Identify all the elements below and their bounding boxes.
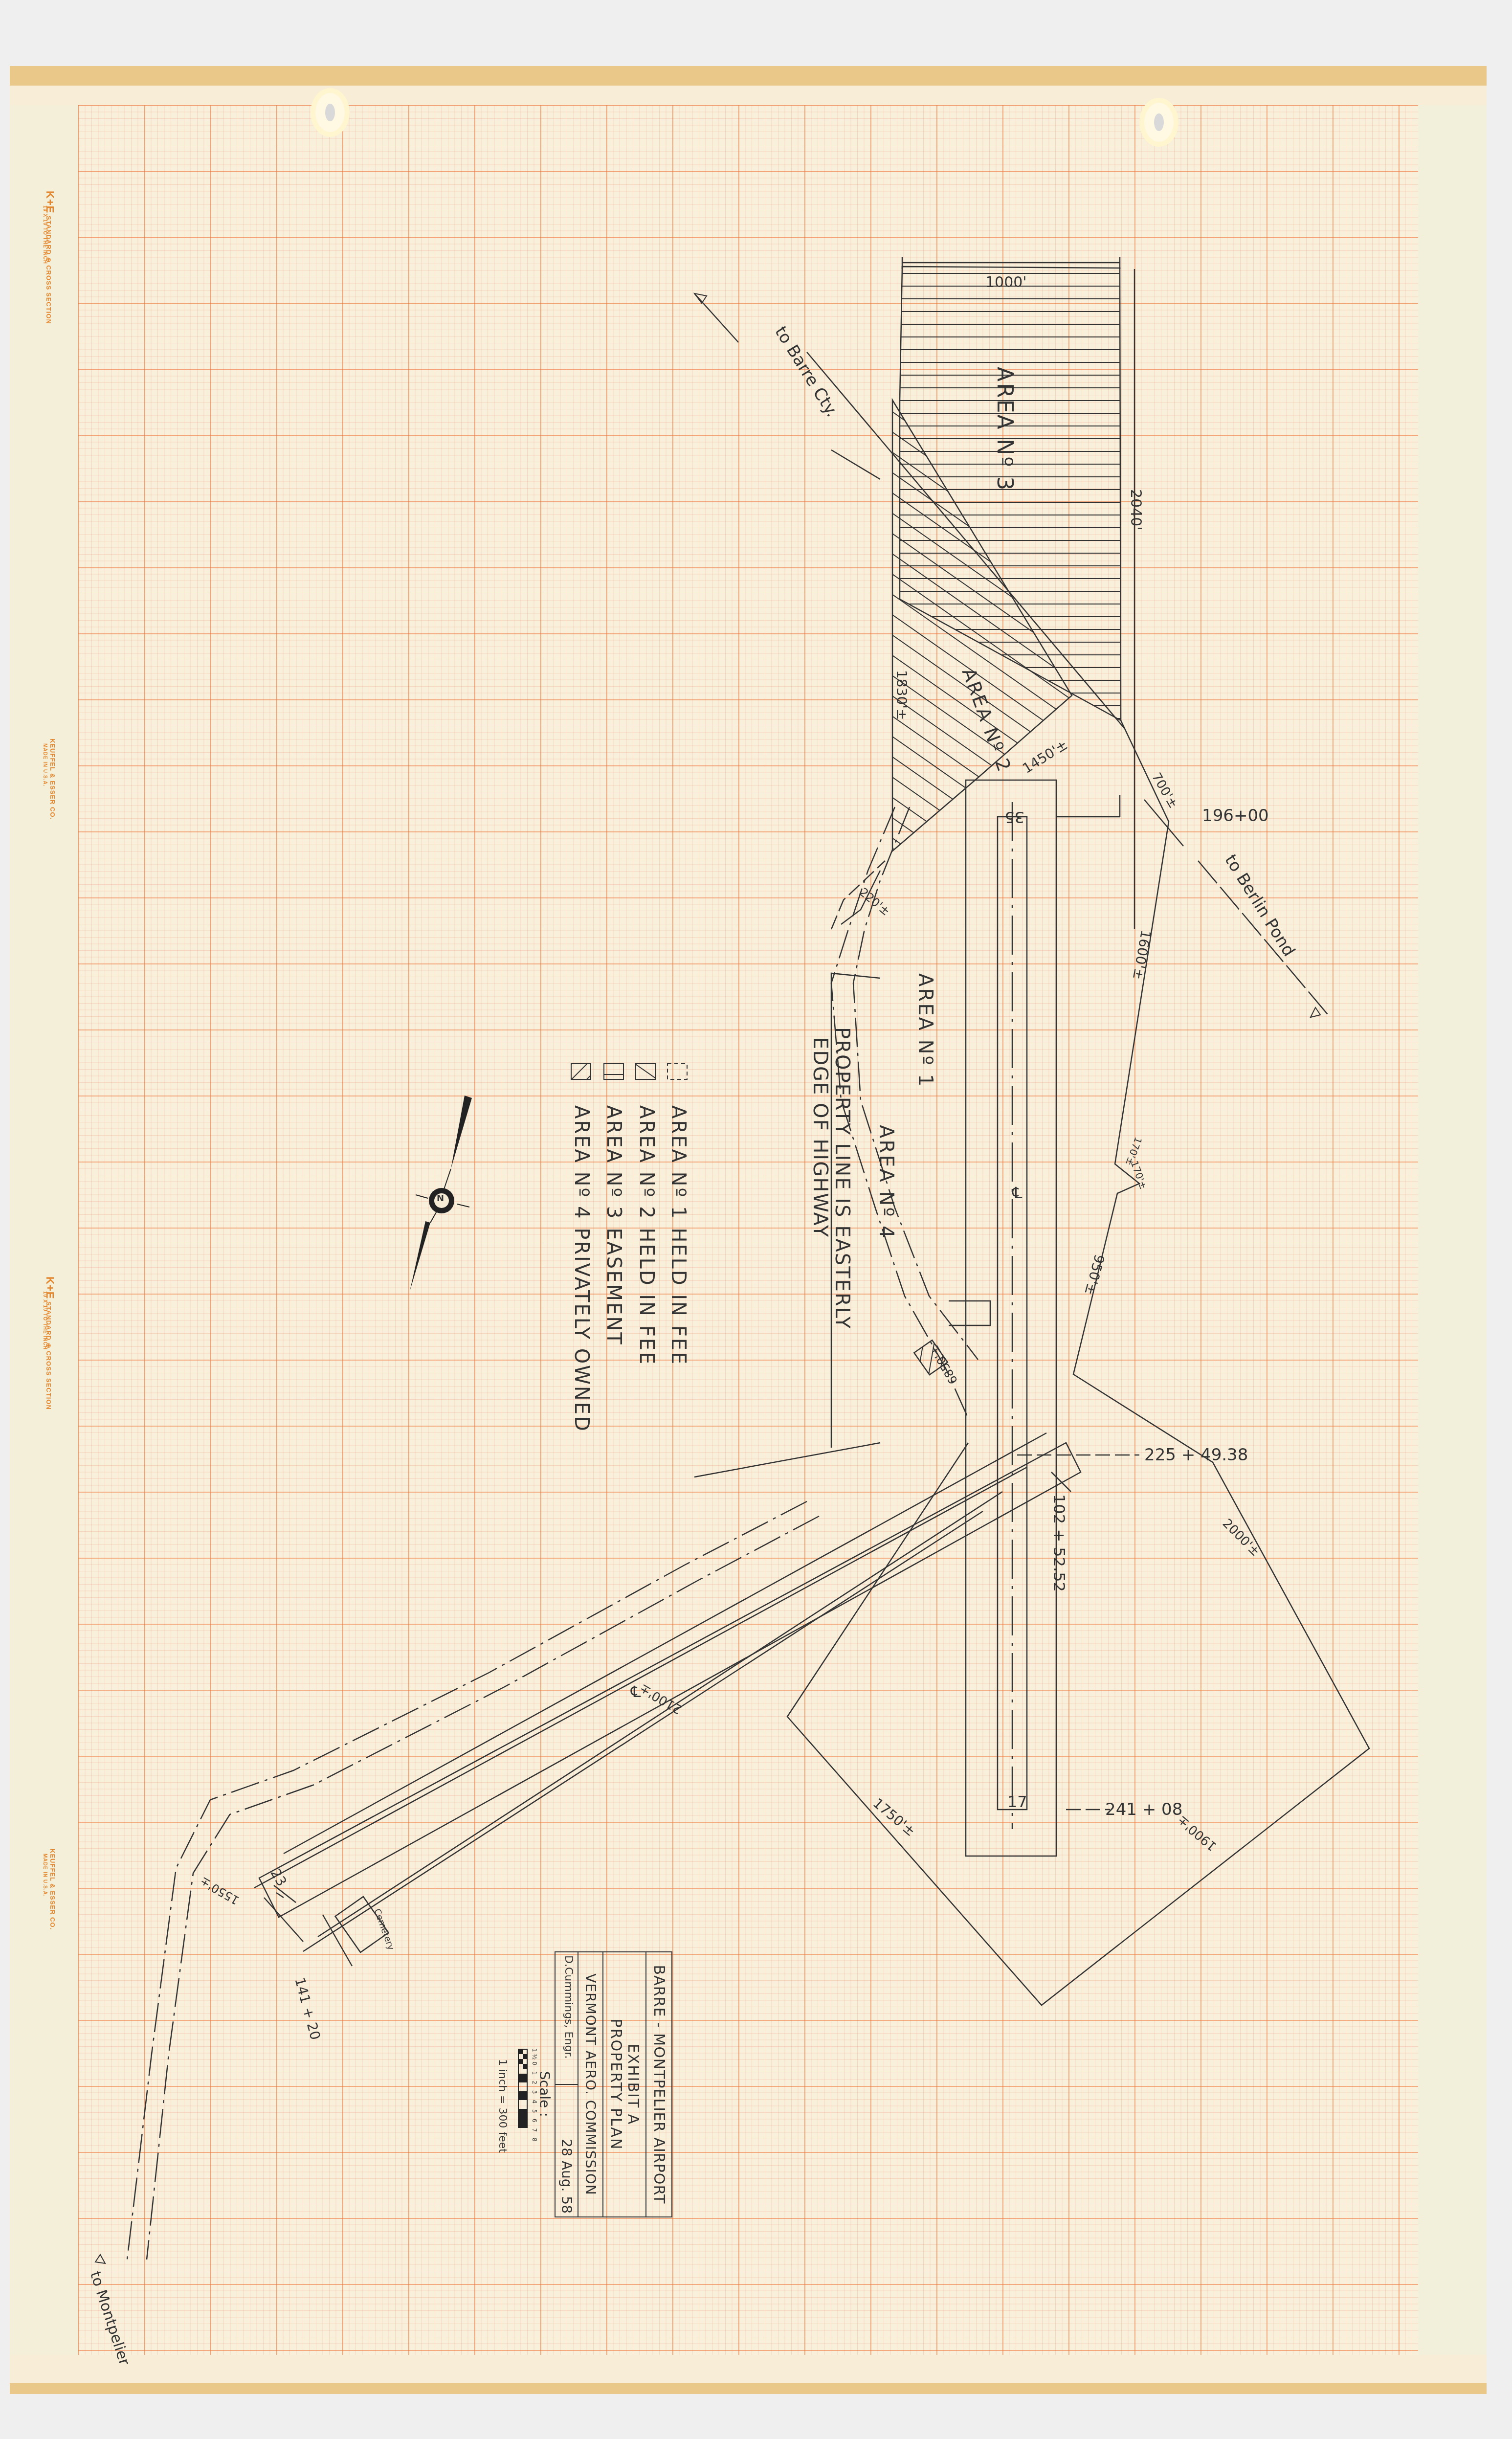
legend-item-area-4: AREA Nº 4 PRIVATELY OWNED (570, 1105, 593, 1432)
title-block-agency: VERMONT AERO. COMMISSION (578, 1952, 602, 2216)
legend-item-area-3: AREA Nº 3 EASEMENT (602, 1105, 625, 1346)
area-1-label: AREA Nº 1 (914, 973, 936, 1088)
runway-17-35 (966, 780, 1120, 1856)
runway-17-label: 17 (1007, 1792, 1027, 1811)
property-line-note-1: PROPERTY LINE IS EASTERLY (831, 1027, 853, 1329)
title-block-title: BARRE - MONTPELIER AIRPORT (645, 1952, 671, 2216)
area-3-label: AREA Nº 3 (992, 367, 1017, 492)
compass-n-label: N (437, 1193, 444, 1204)
taxiway (949, 1301, 990, 1325)
title-block-engineer: D.Cummings, Engr. (556, 1952, 578, 2085)
property-line-note-2: EDGE OF HIGHWAY (809, 1037, 831, 1238)
dimension-2040: 2040' (1127, 489, 1144, 531)
runway-35-label: 35 (1004, 808, 1024, 827)
scale-ticks: 1½0 1 2 3 4 5 6 7 8 (531, 2048, 538, 2144)
station-196-00: 196+00 (1202, 806, 1269, 826)
station-225-49-38: 225 + 49.38 (1144, 1445, 1248, 1465)
scale-bar (518, 2049, 527, 2127)
dimension-1000: 1000' (985, 274, 1027, 291)
runway-5-23 (254, 1433, 1081, 1951)
area-4-label: AREA Nº 4 (875, 1125, 897, 1239)
centerline-symbol: ℄ (631, 1682, 641, 1701)
highway-property-line (127, 807, 978, 2260)
title-block: BARRE - MONTPELIER AIRPORT EXHIBIT A PRO… (555, 1951, 672, 2217)
station-102-52-52: 102 + 52.52 (1050, 1494, 1068, 1592)
legend-swatches (571, 1064, 687, 1079)
title-block-date: 28 Aug. 58 (556, 2085, 578, 2216)
title-block-plan: PROPERTY PLAN (607, 1954, 624, 2215)
station-241-08: 241 + 08 (1105, 1800, 1182, 1819)
title-block-exhibit: EXHIBIT A (624, 1954, 642, 2215)
legend-item-area-1: AREA Nº 1 HELD IN FEE (667, 1105, 689, 1365)
dimension-1830: 1830'± (893, 670, 910, 720)
scale-ratio: 1 inch = 300 feet (496, 2059, 509, 2153)
centerline-symbol-runway: ℄ (1012, 1184, 1023, 1202)
scale-label: Scale : (536, 2071, 553, 2117)
legend-item-area-2: AREA Nº 2 HELD IN FEE (635, 1105, 658, 1365)
property-plan-drawing (0, 0, 1512, 2439)
